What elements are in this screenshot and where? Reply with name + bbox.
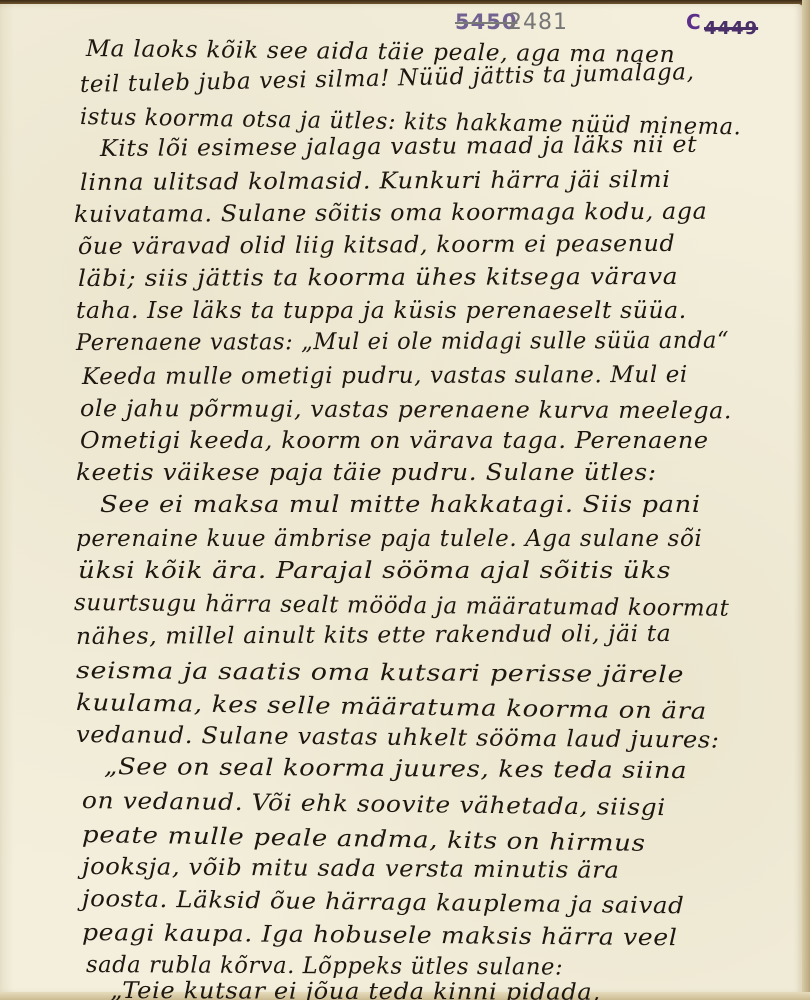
text-line-22: vedanud. Sulane vastas uhkelt sööma laud… bbox=[76, 722, 720, 754]
text-line-18: suurtsugu härra sealt mööda ja määratuma… bbox=[74, 590, 730, 622]
text-line-10: Perenaene vastas: „Mul ei ole midagi sul… bbox=[76, 328, 729, 356]
text-line-16: perenaine kuue ämbrise paja tulele. Aga … bbox=[76, 526, 702, 552]
text-line-14: keetis väikese paja täie pudru. Sulane ü… bbox=[76, 460, 657, 486]
text-line-13: Ometigi keeda, koorm on värava taga. Per… bbox=[80, 428, 709, 454]
handwritten-text-body: Ma laoks kõik see aida täie peale, aga m… bbox=[0, 0, 810, 1000]
text-line-8: läbi; siis jättis ta koorma ühes kitsega… bbox=[78, 264, 678, 292]
text-line-17: üksi kõik ära. Parajal sööma ajal sõitis… bbox=[78, 558, 671, 584]
text-line-28: peagi kaupa. Iga hobusele maksis härra v… bbox=[82, 920, 678, 951]
text-line-4: Kits lõi esimese jalaga vastu maad ja lä… bbox=[100, 132, 697, 162]
text-line-15: See ei maksa mul mitte hakkatagi. Siis p… bbox=[100, 492, 701, 518]
text-line-24: on vedanud. Või ehk soovite vähetada, si… bbox=[82, 788, 666, 821]
text-line-11: Keeda mulle ometigi pudru, vastas sulane… bbox=[82, 362, 688, 390]
text-line-7: õue väravad olid liig kitsad, koorm ei p… bbox=[78, 231, 675, 260]
text-line-5: linna ulitsad kolmasid. Kunkuri härra jä… bbox=[80, 167, 671, 196]
text-line-2: teil tuleb juba vesi silma! Nüüd jättis … bbox=[80, 59, 695, 98]
text-line-23: „See on seal koorma juures, kes teda sii… bbox=[104, 754, 687, 784]
text-line-20: seisma ja saatis oma kutsari perisse jär… bbox=[76, 658, 684, 688]
text-line-30: „Teie kutsar ei jõua teda kinni pidada, bbox=[110, 978, 601, 1000]
text-line-12: ole jahu põrmugi, vastas perenaene kurva… bbox=[80, 396, 732, 424]
text-line-27: joosta. Läksid õue härraga kauplema ja s… bbox=[82, 886, 685, 919]
text-line-21: kuulama, kes selle määratuma koorma on ä… bbox=[76, 690, 707, 725]
text-line-19: nähes, millel ainult kits ette rakendud … bbox=[76, 621, 672, 650]
text-line-26: jooksja, võib mitu sada versta minutis ä… bbox=[82, 854, 620, 884]
text-line-25: peate mulle peale andma, kits on hirmus bbox=[82, 822, 646, 857]
text-line-9: taha. Ise läks ta tuppa ja küsis perenae… bbox=[76, 298, 687, 324]
text-line-29: sada rubla kõrva. Lõppeks ütles sulane: bbox=[86, 952, 563, 980]
text-line-6: kuivatama. Sulane sõitis oma koormaga ko… bbox=[74, 199, 707, 228]
